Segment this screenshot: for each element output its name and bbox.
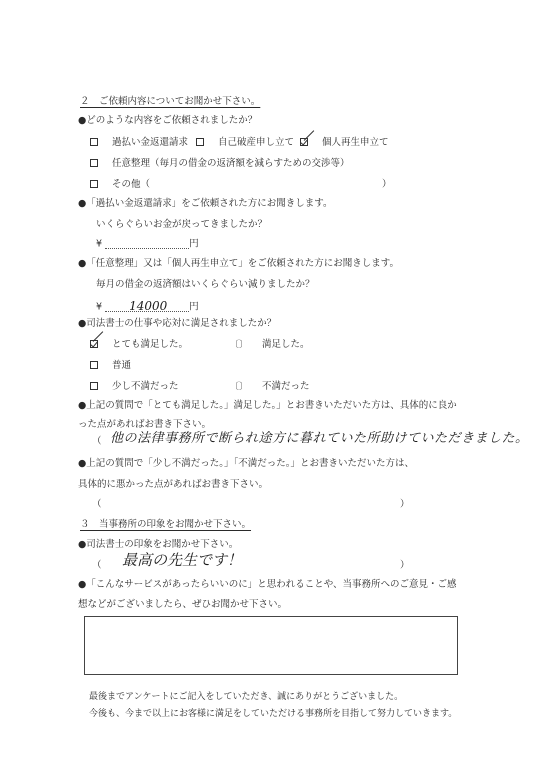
checkbox-neutral[interactable] xyxy=(90,361,98,369)
section-2-title: ２ ご依頼内容についてお聞かせ下さい。 xyxy=(80,97,260,107)
option-kabarai[interactable]: 過払い金返還請求 xyxy=(90,138,188,148)
option-label: 自己破産申し立て xyxy=(218,137,294,148)
option-label: 個人再生申立て xyxy=(322,137,389,148)
option-nini-seiri[interactable]: 任意整理（毎月の借金の返済額を減らすための交渉等） xyxy=(90,159,350,169)
checkbox-slightly-unsatisfied[interactable] xyxy=(90,382,98,390)
option-label: 任意整理（毎月の借金の返済額を減らすための交渉等） xyxy=(112,158,350,169)
q3-amount-field[interactable]: 14000 xyxy=(105,300,189,312)
option-label: 不満だった xyxy=(262,381,310,392)
q6-question-line1: ●上記の質問で「少し不満だった。」「不満だった。」とお書きいただいた方は、 xyxy=(78,459,414,469)
comment-box[interactable] xyxy=(84,616,458,675)
option-unsatisfied[interactable]: 〔〕不満だった xyxy=(230,382,310,392)
bracket-checkbox-unsatisfied[interactable]: 〔〕 xyxy=(230,383,248,392)
s3-q1-close-paren: ） xyxy=(400,561,410,571)
option-label: 満足した。 xyxy=(262,339,310,350)
s3-q1-open-paren: （ xyxy=(92,561,102,571)
q4-question: ●司法書士の仕事や応対に満足されましたか？ xyxy=(78,319,276,329)
option-label: 過払い金返還請求 xyxy=(112,137,188,148)
q6-question-line2: 具体的に悪かった点があればお書き下さい。 xyxy=(78,480,268,490)
option-neutral[interactable]: 普通 xyxy=(90,361,131,371)
checkbox-nini-seiri[interactable] xyxy=(90,159,98,167)
option-label: 少し不満だった xyxy=(112,381,179,392)
q2-question: ●「過払い金返還請求」をご依頼された方にお聞きします。 xyxy=(78,199,333,209)
q3-question: ●「任意整理」又は「個人再生申立て」をご依頼された方にお聞きします。 xyxy=(78,259,399,269)
q2-sub: いくらぐらいお金が戻ってきましたか？ xyxy=(96,220,267,230)
q6-answer-field[interactable] xyxy=(112,500,392,510)
checkbox-kabarai[interactable] xyxy=(90,138,98,146)
q3-amount-row: ¥ 14000円 xyxy=(96,300,199,312)
q5-answer-handwritten[interactable]: 他の法律事務所で断られ途方に暮れていた所助けていただきました。 xyxy=(110,432,529,445)
option-jiko-hasan[interactable]: 自己破産申し立て xyxy=(196,138,294,148)
q6-open-paren: （ xyxy=(92,500,102,510)
option-satisfied[interactable]: 〔〕満足した。 xyxy=(230,340,310,350)
option-label: その他（ xyxy=(112,179,150,190)
q2-amount-row: ¥ 円 xyxy=(96,239,199,249)
option-other[interactable]: その他（ xyxy=(90,180,150,190)
q5-question-line2: った点があればお書き下さい。 xyxy=(78,420,211,430)
option-slightly-unsatisfied[interactable]: 少し不満だった xyxy=(90,382,179,392)
checkbox-other[interactable] xyxy=(90,180,98,188)
yen-unit: 円 xyxy=(189,302,199,313)
option-very-satisfied[interactable]: とても満足した。 xyxy=(90,340,188,350)
option-label: 普通 xyxy=(112,360,131,371)
q5-open-paren: （ xyxy=(92,437,102,447)
q5-question-line1: ●上記の質問で「とても満足した。」満足した。」とお書きいただいた方は、具体的に良… xyxy=(78,401,457,411)
yen-sign: ¥ xyxy=(96,239,102,250)
s3-q2-question-line1: ●「こんなサービスがあったらいいのに」と思われることや、当事務所へのご意見・ご感 xyxy=(78,580,457,590)
option-kojin-saisei[interactable]: 個人再生申立て xyxy=(300,138,389,148)
q1-question: ●どのような内容をご依頼されましたか？ xyxy=(78,116,257,126)
s3-q2-question-line2: 想などがございましたら、ぜひお聞かせ下さい。 xyxy=(78,600,287,610)
footer-commitment: 今後も、今まで以上にお客様に満足をしていただける事務所を目指して努力していきます… xyxy=(89,710,457,719)
checkbox-jiko-hasan[interactable] xyxy=(196,138,204,146)
s3-q1-answer-handwritten[interactable]: 最高の先生です！ xyxy=(122,553,242,568)
yen-unit: 円 xyxy=(189,239,199,250)
other-close-paren: ） xyxy=(382,180,392,190)
option-label: とても満足した。 xyxy=(112,339,188,350)
q2-amount-field[interactable] xyxy=(105,239,189,249)
footer-thanks: 最後までアンケートにご記入をしていただき、誠にありがとうございました。 xyxy=(89,693,403,702)
q6-close-paren: ） xyxy=(400,500,410,510)
yen-sign: ¥ xyxy=(96,302,102,313)
q3-sub: 毎月の借金の返済額はいくらぐらい減りましたか？ xyxy=(96,280,315,290)
s3-q1-question: ●司法書士の印象をお聞かせ下さい。 xyxy=(78,540,238,550)
bracket-checkbox-satisfied[interactable]: 〔〕 xyxy=(230,341,248,350)
section-3-title: ３ 当事務所の印象をお聞かせ下さい。 xyxy=(80,520,251,530)
